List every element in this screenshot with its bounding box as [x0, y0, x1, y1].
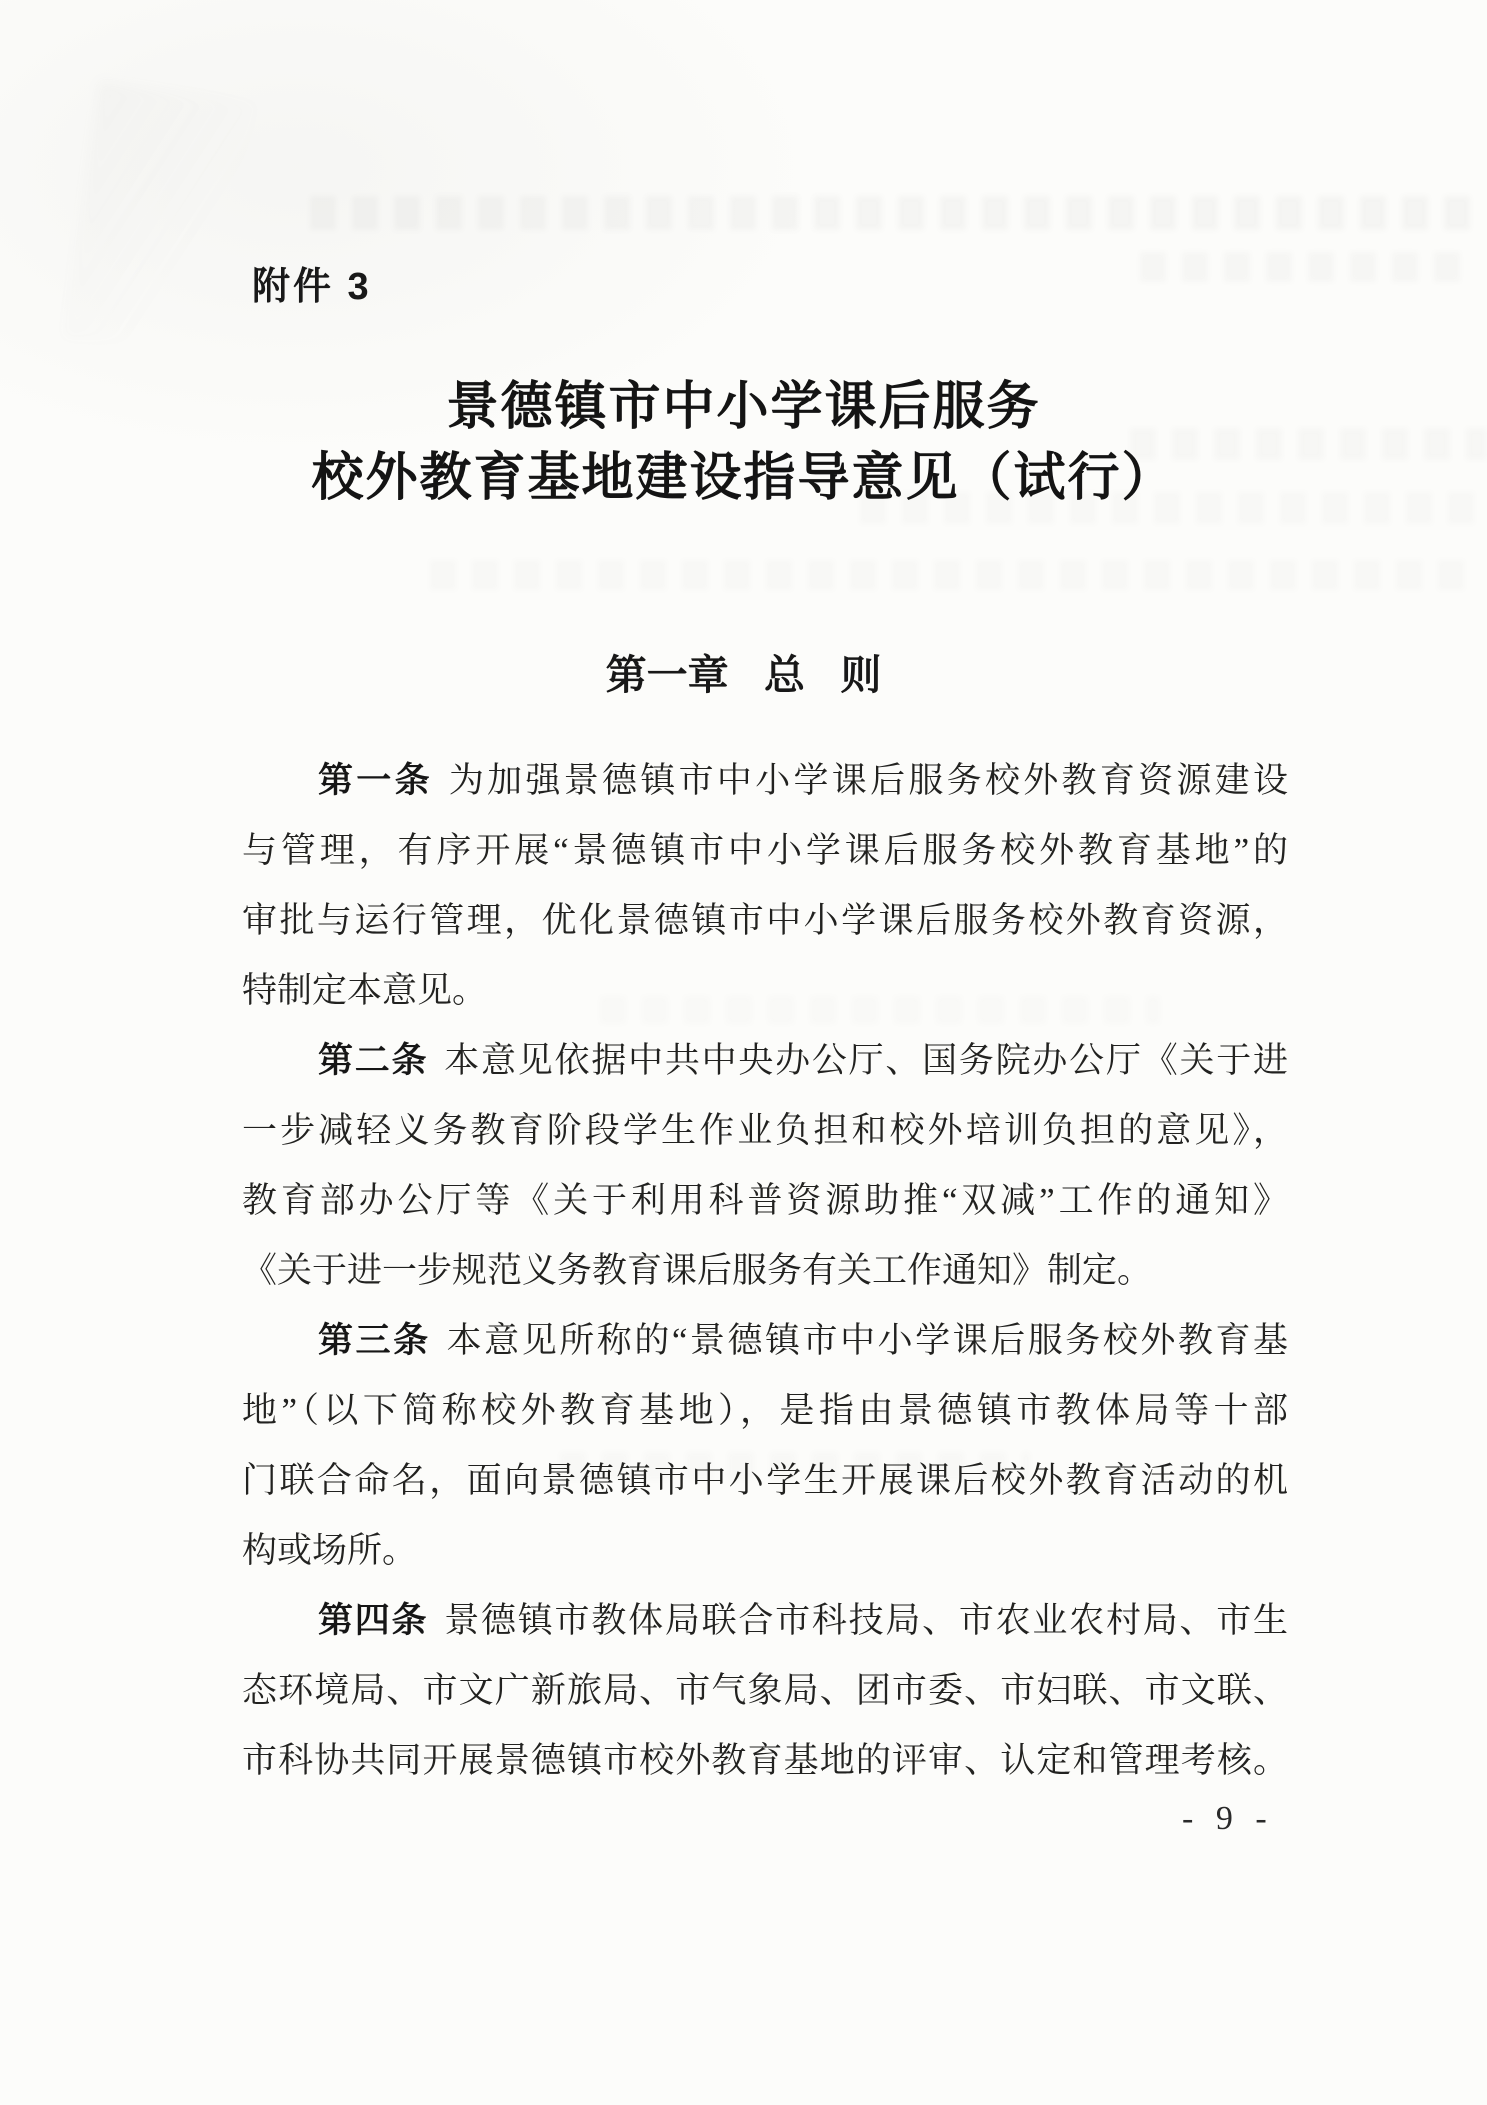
chapter-heading: 第一章 总 则 [0, 642, 1487, 701]
scan-artifact [1140, 252, 1470, 282]
document-title: 景德镇市中小学课后服务 校外教育基地建设指导意见（试行） [0, 372, 1487, 514]
article-1-label: 第一条 [318, 761, 433, 800]
scanned-document-page: 附件 3 景德镇市中小学课后服务 校外教育基地建设指导意见（试行） 第一章 总 … [0, 0, 1487, 2105]
scan-artifact [430, 560, 1480, 590]
page-number: - 9 - [1182, 1800, 1274, 1838]
attachment-label: 附件 3 [252, 255, 372, 310]
scan-artifact [63, 80, 258, 360]
article-3-line-4: 构或场所。 [242, 1516, 1288, 1586]
article-3-label: 第三条 [318, 1321, 431, 1360]
article-2-label: 第二条 [318, 1041, 428, 1080]
article-3-text: 本意见所称的“景德镇市中小学课后服务校外教育基 [447, 1321, 1288, 1360]
article-1-line-1: 第一条为加强景德镇市中小学课后服务校外教育资源建设 [242, 746, 1288, 816]
article-2-line-1: 第二条本意见依据中共中央办公厅、国务院办公厅《关于进 [242, 1026, 1288, 1096]
article-1-line-3: 审批与运行管理，优化景德镇市中小学课后服务校外教育资源， [242, 886, 1288, 956]
article-4-label: 第四条 [318, 1601, 428, 1640]
article-1-text: 为加强景德镇市中小学课后服务校外教育资源建设 [449, 761, 1288, 800]
document-body: 第一条为加强景德镇市中小学课后服务校外教育资源建设 与管理，有序开展“景德镇市中… [242, 746, 1288, 1796]
article-4-line-1: 第四条景德镇市教体局联合市科技局、市农业农村局、市生 [242, 1586, 1288, 1656]
article-4-text: 景德镇市教体局联合市科技局、市农业农村局、市生 [444, 1601, 1288, 1640]
article-4-line-2: 态环境局、市文广新旅局、市气象局、团市委、市妇联、市文联、 [242, 1656, 1288, 1726]
document-title-line-2: 校外教育基地建设指导意见（试行） [0, 443, 1487, 514]
article-4-line-3: 市科协共同开展景德镇市校外教育基地的评审、认定和管理考核。 [242, 1726, 1288, 1796]
article-2-text: 本意见依据中共中央办公厅、国务院办公厅《关于进 [444, 1041, 1288, 1080]
article-2-line-4: 《关于进一步规范义务教育课后服务有关工作通知》制定。 [242, 1236, 1288, 1306]
article-2-line-2: 一步减轻义务教育阶段学生作业负担和校外培训负担的意见》， [242, 1096, 1288, 1166]
article-3-line-3: 门联合命名，面向景德镇市中小学生开展课后校外教育活动的机 [242, 1446, 1288, 1516]
article-2-line-3: 教育部办公厅等《关于利用科普资源助推“双减”工作的通知》 [242, 1166, 1288, 1236]
document-title-line-1: 景德镇市中小学课后服务 [0, 372, 1487, 443]
article-3-line-1: 第三条本意见所称的“景德镇市中小学课后服务校外教育基 [242, 1306, 1288, 1376]
article-3-line-2: 地”（以下简称校外教育基地），是指由景德镇市教体局等十部 [242, 1376, 1288, 1446]
article-1-line-4: 特制定本意见。 [242, 956, 1288, 1026]
scan-artifact [310, 196, 1480, 230]
article-1-line-2: 与管理，有序开展“景德镇市中小学课后服务校外教育基地”的 [242, 816, 1288, 886]
